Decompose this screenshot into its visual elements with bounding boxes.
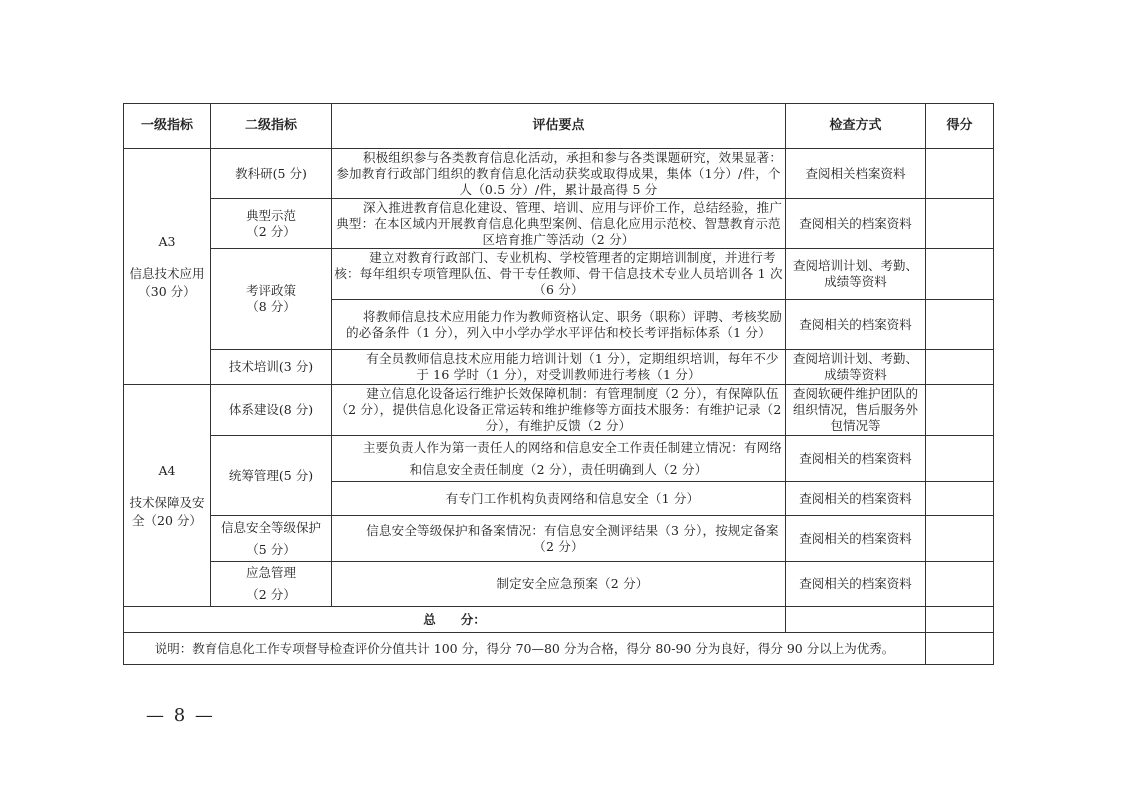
- note-text: 说明：教育信息化工作专项督导检查评价分值共计 100 分，得分 70—80 分为…: [124, 633, 926, 665]
- score-cell[interactable]: [926, 436, 994, 482]
- total-score-cell[interactable]: [926, 607, 994, 633]
- score-cell[interactable]: [926, 482, 994, 516]
- table-row: A4 技术保障及安 全（20 分） 体系建设(8 分) 建立信息化设备运行维护长…: [124, 385, 994, 436]
- header-level1: 一级指标: [124, 104, 211, 149]
- level2-cell: 技术培训(3 分): [211, 350, 332, 385]
- table-header-row: 一级指标 二级指标 评估要点 检查方式 得分: [124, 104, 994, 149]
- level2-cell: 典型示范 （2 分）: [211, 199, 332, 249]
- level2-cell: 体系建设(8 分): [211, 385, 332, 436]
- point-text: 有专门工作机构负责网络和信息安全（1 分）: [332, 482, 786, 516]
- point-text: 主要负责人作为第一责任人的网络和信息安全工作责任制建立情况：有网络和信息安全责任…: [332, 436, 786, 482]
- level2-cell: 考评政策 （8 分）: [211, 249, 332, 350]
- level2-cell: 应急管理 （2 分）: [211, 562, 332, 607]
- score-cell[interactable]: [926, 300, 994, 350]
- method-cell: 查阅相关的档案资料: [786, 516, 926, 562]
- method-cell: 查阅相关档案资料: [786, 149, 926, 199]
- table-row: 信息安全等级保护 （5 分） 信息安全等级保护和备案情况：有信息安全测评结果（3…: [124, 516, 994, 562]
- level1-cell-a3: A3 信息技术应用 （30 分）: [124, 149, 211, 385]
- point-text: 制定安全应急预案（2 分）: [332, 562, 786, 607]
- level2-cell: 统筹管理(5 分): [211, 436, 332, 516]
- point-text: 积极组织参与各类教育信息化活动，承担和参与各类课题研究，效果显著：参加教育行政部…: [332, 149, 786, 199]
- point-text: 建立对教育行政部门、专业机构、学校管理者的定期培训制度，并进行考核：每年组织专项…: [332, 249, 786, 300]
- table-row: 统筹管理(5 分) 主要负责人作为第一责任人的网络和信息安全工作责任制建立情况：…: [124, 436, 994, 482]
- point-text: 建立信息化设备运行维护长效保障机制：有管理制度（2 分），有保障队伍（2 分），…: [332, 385, 786, 436]
- table-row: A3 信息技术应用 （30 分） 教科研(5 分) 积极组织参与各类教育信息化活…: [124, 149, 994, 199]
- header-method: 检查方式: [786, 104, 926, 149]
- point-text: 信息安全等级保护和备案情况：有信息安全测评结果（3 分），按规定备案（2 分）: [332, 516, 786, 562]
- method-cell: 查阅相关的档案资料: [786, 436, 926, 482]
- level1-name-line: （30 分）: [126, 283, 208, 301]
- point-text: 有全员教师信息技术应用能力培训计划（1 分），定期组织培训，每年不少于 16 学…: [332, 350, 786, 385]
- header-score: 得分: [926, 104, 994, 149]
- score-cell[interactable]: [926, 199, 994, 249]
- score-cell[interactable]: [926, 385, 994, 436]
- score-cell[interactable]: [926, 516, 994, 562]
- method-cell: 查阅培训计划、考勤、成绩等资料: [786, 249, 926, 300]
- method-cell: 查阅软硬件维护团队的组织情况，售后服务外包情况等: [786, 385, 926, 436]
- header-level2: 二级指标: [211, 104, 332, 149]
- level2-cell: 教科研(5 分): [211, 149, 332, 199]
- point-text: 深入推进教育信息化建设、管理、培训、应用与评价工作，总结经验，推广典型：在本区域…: [332, 199, 786, 249]
- method-cell: 查阅相关的档案资料: [786, 482, 926, 516]
- level1-name-line: 全（20 分）: [126, 512, 208, 530]
- level1-code: A4: [126, 462, 208, 480]
- header-points: 评估要点: [332, 104, 786, 149]
- method-cell: 查阅培训计划、考勤、成绩等资料: [786, 350, 926, 385]
- evaluation-table: 一级指标 二级指标 评估要点 检查方式 得分 A3 信息技术应用 （30 分） …: [123, 103, 994, 665]
- total-row: 总 分：: [124, 607, 994, 633]
- page-number: — 8 —: [146, 705, 215, 726]
- score-cell[interactable]: [926, 350, 994, 385]
- score-cell[interactable]: [926, 562, 994, 607]
- table-row: 考评政策 （8 分） 建立对教育行政部门、专业机构、学校管理者的定期培训制度，并…: [124, 249, 994, 300]
- note-row: 说明：教育信息化工作专项督导检查评价分值共计 100 分，得分 70—80 分为…: [124, 633, 994, 665]
- score-cell[interactable]: [926, 249, 994, 300]
- point-text: 将教师信息技术应用能力作为教师资格认定、职务（职称）评聘、考核奖励的必备条件（1…: [332, 300, 786, 350]
- level1-name-line: 技术保障及安: [126, 494, 208, 512]
- note-score-cell: [926, 633, 994, 665]
- level1-code: A3: [126, 233, 208, 251]
- table-row: 典型示范 （2 分） 深入推进教育信息化建设、管理、培训、应用与评价工作，总结经…: [124, 199, 994, 249]
- method-cell: 查阅相关的档案资料: [786, 300, 926, 350]
- table-row: 应急管理 （2 分） 制定安全应急预案（2 分） 查阅相关的档案资料: [124, 562, 994, 607]
- total-label: 总 分：: [124, 607, 786, 633]
- method-cell: 查阅相关的档案资料: [786, 562, 926, 607]
- level1-name-line: 信息技术应用: [126, 265, 208, 283]
- level2-cell: 信息安全等级保护 （5 分）: [211, 516, 332, 562]
- table-row: 技术培训(3 分) 有全员教师信息技术应用能力培训计划（1 分），定期组织培训，…: [124, 350, 994, 385]
- score-cell[interactable]: [926, 149, 994, 199]
- total-method-cell: [786, 607, 926, 633]
- level1-cell-a4: A4 技术保障及安 全（20 分）: [124, 385, 211, 607]
- method-cell: 查阅相关的档案资料: [786, 199, 926, 249]
